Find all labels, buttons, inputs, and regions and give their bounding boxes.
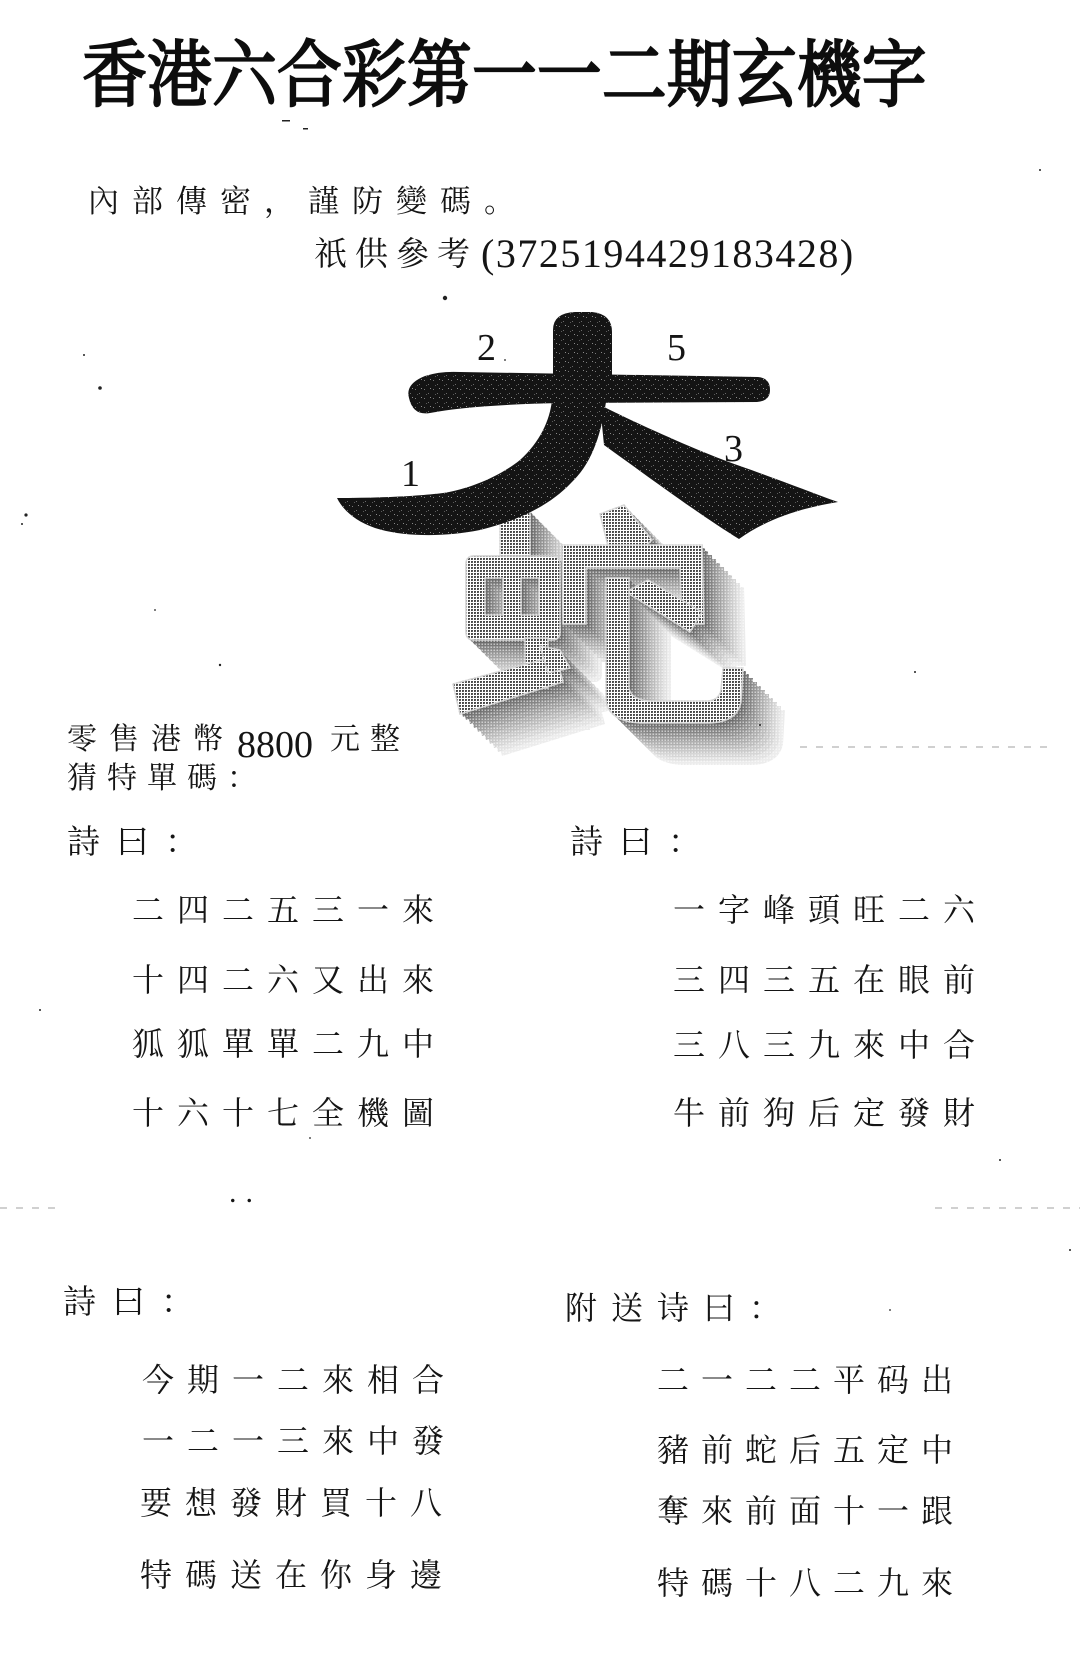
reference-label: 祇供參考 <box>314 237 478 270</box>
poem-heading: 詩曰： <box>570 825 717 858</box>
notice-text: 內部傳密，謹防變碼。 <box>88 187 528 218</box>
character-she-graphic <box>440 498 800 780</box>
poem-heading: 詩曰： <box>63 1285 210 1318</box>
scan-noise <box>21 120 1071 1311</box>
stroke-number-top-right: 5 <box>667 327 686 369</box>
stroke-number-right: 3 <box>724 428 743 470</box>
poem-line: 二一二二平码出 <box>657 1364 965 1396</box>
poem-line: 三八三九來中合 <box>673 1029 988 1061</box>
poem-line: 三四三五在眼前 <box>673 964 988 996</box>
poem-line: 特碼送在你身邊 <box>140 1559 455 1591</box>
poem-line: 一二一三來中發 <box>142 1425 457 1457</box>
poem-line: 十六十七全機圖 <box>132 1097 447 1129</box>
poem-line: 要想發財買十八 <box>140 1487 455 1519</box>
stroke-number-top-left: 2 <box>477 327 496 369</box>
price-prefix: 零售港幣 <box>67 725 235 755</box>
poem-line: 十四二六又出來 <box>132 964 447 996</box>
poem-line: 牛前狗后定發財 <box>673 1097 988 1129</box>
price-suffix: 元整 <box>330 725 410 755</box>
guess-label: 猜特單碼： <box>67 764 267 794</box>
stroke-number-left: 1 <box>401 453 420 495</box>
poem-line: 一字峰頭旺二六 <box>673 894 988 926</box>
poem-line: 奪來前面十一跟 <box>657 1495 965 1527</box>
price-amount: 8800 <box>237 726 313 764</box>
character-da-graphic <box>337 312 838 539</box>
poem-heading-bonus: 附送诗曰： <box>565 1292 795 1324</box>
poem-line: 特碼十八二九來 <box>657 1567 965 1599</box>
ellipsis-mark: .. <box>229 1178 262 1208</box>
poem-line: 二四二五三一來 <box>132 894 447 926</box>
poem-line: 今期一二來相合 <box>142 1364 457 1396</box>
poem-heading: 詩曰： <box>67 825 214 858</box>
poem-line: 狐狐單單二九中 <box>132 1028 447 1060</box>
page-title: 香港六合彩第一一二期玄機字 <box>82 39 927 112</box>
reference-code: (3725194429183428) <box>481 234 855 274</box>
poem-line: 豬前蛇后五定中 <box>657 1434 965 1466</box>
